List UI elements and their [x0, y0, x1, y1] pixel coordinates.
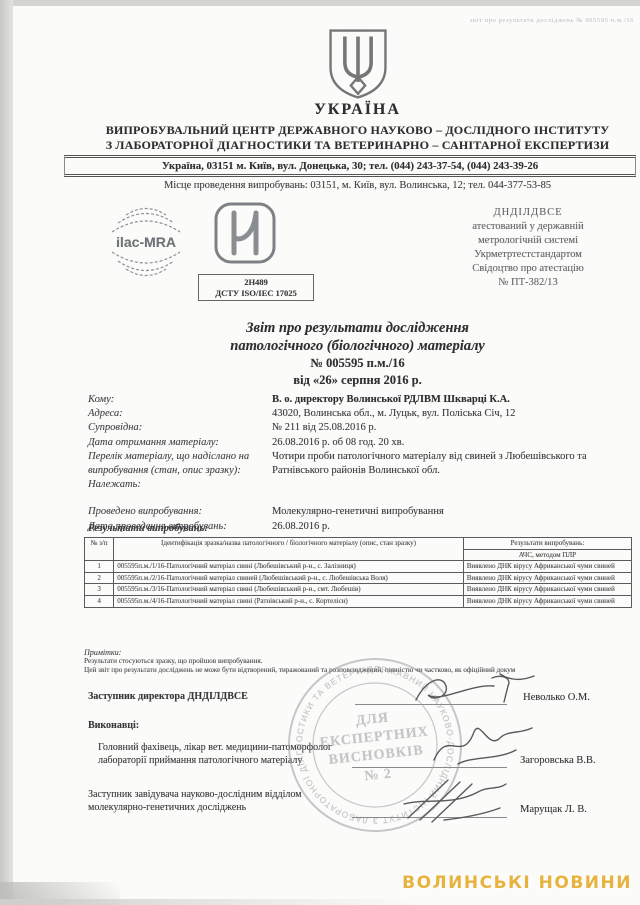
accreditation-mark-icon: [212, 200, 278, 266]
results-table-header-row: № з/п Ідентифікація зразка/назва патолог…: [85, 538, 632, 561]
field-value: 26.08.2016 р. об 08 год. 20 хв.: [272, 436, 633, 450]
table-row: 2 005595п.м./2/16-Патологічний матеріал …: [85, 572, 632, 584]
field-row-recipient: Кому: В. о. директору Волинської РДЛВМ Ш…: [88, 393, 633, 407]
attestation-line: Свідоцтво про атестацію: [428, 262, 628, 276]
field-value: 26.08.2016 р.: [272, 520, 633, 534]
attestation-line: метрологічній системі: [428, 234, 628, 248]
institute-name-line1: ВИПРОБУВАЛЬНИЙ ЦЕНТР ДЕРЖАВНОГО НАУКОВО …: [70, 123, 640, 138]
field-value: 43020, Волинська обл., м. Луцьк, вул. По…: [272, 407, 633, 421]
field-label: Супровідна:: [88, 421, 272, 435]
ukraine-trident-emblem-icon: [321, 27, 395, 101]
field-value: Молекулярно-генетичні випробування: [272, 505, 633, 519]
field-label: Перелік матеріалу, що надіслано на випро…: [88, 450, 272, 478]
executors-heading: Виконавці:: [88, 719, 139, 732]
sample-description: 005595п.м./3/16-Патологічний матеріал св…: [114, 584, 464, 596]
table-row: 3 005595п.м./3/16-Патологічний матеріал …: [85, 584, 632, 596]
sample-description: 005595п.м./2/16-Патологічний матеріал св…: [114, 572, 464, 584]
field-value: [272, 478, 633, 492]
attestation-line: № ПТ-382/13: [428, 276, 628, 290]
executor2-name: Марущак Л. В.: [520, 804, 587, 815]
stamp-center-line1: ДЛЯ: [355, 710, 390, 728]
scan-edge-left: [0, 0, 13, 905]
field-label: Належать:: [88, 478, 272, 492]
sample-description: 005595п.м./4/16-Патологічний матеріал св…: [114, 595, 464, 607]
field-label: Кому:: [88, 393, 272, 407]
attestation-text-block: ДНДІЛДВСЕ атестований у державній метрол…: [428, 206, 628, 290]
signature-executor1: [428, 720, 538, 775]
table-row: 4 005595п.м./4/16-Патологічний матеріал …: [85, 595, 632, 607]
attestation-line: Укрметртестстандартом: [428, 248, 628, 262]
attestation-line: атестований у державній: [428, 220, 628, 234]
signature-deputy-director: [412, 672, 537, 715]
certificate-number: 2Н489: [199, 277, 313, 288]
column-header-number: № з/п: [85, 538, 114, 561]
report-date: від «26» серпня 2016 р.: [70, 372, 640, 389]
row-number: 4: [85, 595, 114, 607]
field-row-tests-performed: Проведено випробування: Молекулярно-гене…: [88, 505, 633, 519]
test-result: Виявлено ДНК вірусу Африканської чуми св…: [463, 595, 631, 607]
results-heading: Результати випробувань:: [88, 523, 208, 534]
report-title-line1: Звіт про результати дослідження: [70, 320, 640, 338]
attestation-line: ДНДІЛДВСЕ: [428, 206, 628, 220]
field-label: Проведено випробування:: [88, 505, 272, 519]
field-value: № 211 від 25.08.2016 р.: [272, 421, 633, 435]
result-header-line1: Результати випробувань:: [467, 539, 628, 548]
field-label: Дата отримання матеріалу:: [88, 436, 272, 450]
field-row-belongs-to: Належать:: [88, 478, 633, 492]
result-header-line2: АЧС, методом ПЛР: [464, 549, 631, 560]
sample-description: 005595п.м./1/16-Патологічний матеріал св…: [114, 561, 464, 573]
field-row-address: Адреса: 43020, Волинська обл., м. Луцьк,…: [88, 407, 633, 421]
field-row-material-list: Перелік матеріалу, що надіслано на випро…: [88, 450, 633, 478]
scanned-report-page: звіт про результати досліджень № 005595 …: [0, 0, 640, 905]
field-value: Чотири проби патологічного матеріалу від…: [272, 450, 633, 478]
test-result: Виявлено ДНК вірусу Африканської чуми св…: [463, 584, 631, 596]
scan-edge-bottom: [0, 899, 420, 905]
test-result: Виявлено ДНК вірусу Африканської чуми св…: [463, 561, 631, 573]
news-watermark: ВОЛИНСЬКІ НОВИНИ: [402, 873, 632, 893]
deputy-director-role: Заступник директора ДНДІЛДВСЕ: [88, 690, 248, 703]
institute-name: ВИПРОБУВАЛЬНИЙ ЦЕНТР ДЕРЖАВНОГО НАУКОВО …: [70, 123, 640, 153]
column-header-result: Результати випробувань: АЧС, методом ПЛР: [463, 538, 631, 561]
scan-edge-top: [0, 0, 640, 6]
request-fields: Кому: В. о. директору Волинської РДЛВМ Ш…: [88, 393, 633, 534]
signature-executor2: [400, 774, 510, 831]
field-label: Адреса:: [88, 407, 272, 421]
field-value: В. о. директору Волинської РДЛВМ Шкварці…: [272, 393, 633, 407]
certificate-number-box: 2Н489 ДСТУ ISO/ІЕС 17025: [198, 274, 314, 301]
test-location-line: Місце проведення випробувань: 03151, м. …: [70, 180, 640, 191]
table-row: 1 005595п.м./1/16-Патологічний матеріал …: [85, 561, 632, 573]
report-title-line2: патологічного (біологічного) матеріалу: [70, 338, 640, 356]
column-header-sample: Ідентифікація зразка/назва патологічного…: [114, 538, 464, 561]
results-table: № з/п Ідентифікація зразка/назва патолог…: [84, 537, 632, 608]
row-number: 3: [85, 584, 114, 596]
certificate-standard: ДСТУ ISO/ІЕС 17025: [199, 288, 313, 299]
field-row-received-date: Дата отримання матеріалу: 26.08.2016 р. …: [88, 436, 633, 450]
institute-address-box: Україна, 03151 м. Київ, вул. Донецька, 3…: [64, 155, 636, 177]
svg-text:ilac-MRA: ilac-MRA: [116, 234, 176, 250]
report-number: № 005595 п.м./16: [70, 355, 640, 372]
field-row-cover-letter: Супровідна: № 211 від 25.08.2016 р.: [88, 421, 633, 435]
country-title: УКРАЇНА: [70, 101, 640, 119]
institute-name-line2: З ЛАБОРАТОРНОЇ ДІАГНОСТИКИ ТА ВЕТЕРИНАРН…: [70, 138, 640, 153]
ilac-mra-logo-icon: ilac-MRA: [106, 202, 186, 282]
faint-scan-header-text: звіт про результати досліджень № 005595 …: [454, 17, 634, 24]
stamp-center-line4: № 2: [364, 766, 393, 784]
report-title-block: Звіт про результати дослідження патологі…: [70, 320, 640, 389]
test-result: Виявлено ДНК вірусу Африканської чуми св…: [463, 572, 631, 584]
row-number: 1: [85, 561, 114, 573]
row-number: 2: [85, 572, 114, 584]
